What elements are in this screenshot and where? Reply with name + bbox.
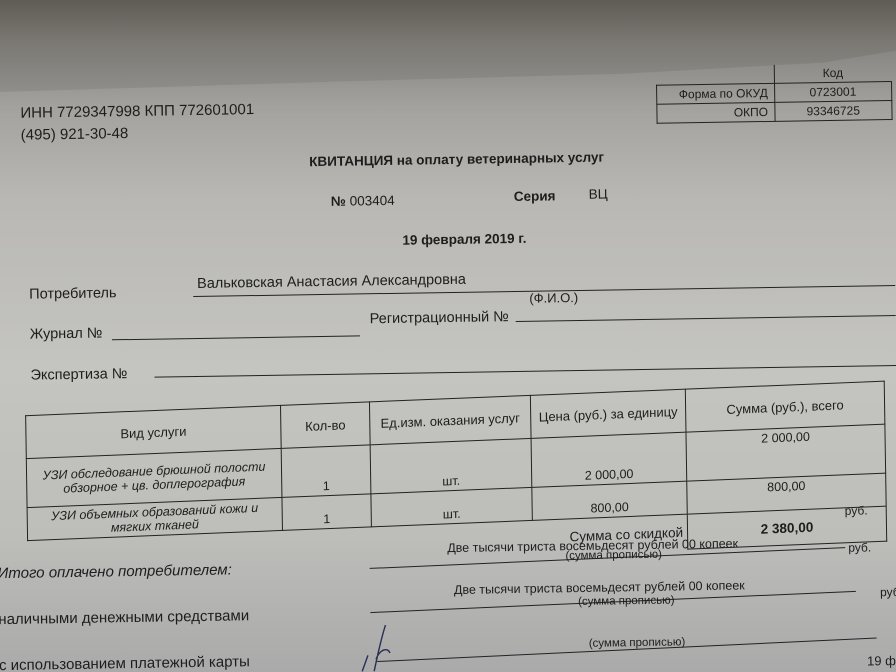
- journal-field[interactable]: [112, 335, 360, 340]
- okud-value: 0723001: [774, 82, 892, 103]
- card-label: с использованием платежной карты: [0, 653, 250, 672]
- total-paid-currency: руб.: [848, 540, 871, 554]
- service-price: 2 000,00: [531, 432, 687, 487]
- service-unit: шт.: [370, 438, 532, 493]
- col-unit: Ед.изм. оказания услуг: [369, 395, 531, 444]
- consumer-value[interactable]: Вальковская Анастасия Александровна: [197, 272, 466, 292]
- number-value: 003404: [350, 193, 395, 209]
- cash-hint: (сумма прописью): [578, 595, 675, 609]
- phone: (495) 921-30-48: [21, 125, 129, 144]
- cash-words[interactable]: Две тысячи триста восемьдесят рублей 00 …: [454, 578, 745, 597]
- codes-header: Код: [774, 63, 892, 83]
- col-qty: Кол-во: [281, 402, 371, 449]
- consumer-label: Потребитель: [29, 285, 117, 302]
- col-price: Цена (руб.) за единицу: [530, 389, 686, 438]
- total-currency: руб.: [845, 503, 868, 517]
- footer-date-fragment: 19 ф: [867, 653, 896, 668]
- cash-currency: руб.: [880, 585, 896, 599]
- reg-label: Регистрационный №: [370, 309, 509, 327]
- receipt-document: ИНН 7729347998 КПП 772601001 (495) 921-3…: [0, 0, 896, 672]
- total-paid-hint: (сумма прописью): [565, 549, 662, 563]
- consumer-hint: (Ф.И.О.): [529, 290, 578, 306]
- okud-label: Форма по ОКУД: [657, 83, 775, 104]
- card-hint: (сумма прописью): [589, 636, 686, 650]
- okpo-label: ОКПО: [657, 102, 775, 123]
- inn-kpp: ИНН 7729347998 КПП 772601001: [20, 101, 254, 122]
- service-qty: 1: [281, 445, 371, 498]
- document-title: КВИТАНЦИЯ на оплату ветеринарных услуг: [309, 150, 604, 170]
- number-label: №: [331, 194, 346, 209]
- title-rest: на оплату ветеринарных услуг: [393, 150, 604, 168]
- total-paid-label: Итого оплачено потребителем:: [0, 561, 232, 582]
- series-value: ВЦ: [589, 187, 608, 202]
- cash-label: наличными денежными средствами: [0, 607, 249, 628]
- journal-label: Журнал №: [30, 325, 103, 342]
- codes-table: Код Форма по ОКУД 0723001 ОКПО 93346725: [656, 63, 893, 124]
- receipt-number: № 003404: [331, 193, 395, 209]
- signature-icon: [359, 619, 400, 672]
- service-qty: 1: [282, 494, 371, 531]
- reg-field[interactable]: [516, 315, 896, 322]
- service-sum: 2 000,00: [686, 424, 886, 481]
- title-bold: КВИТАНЦИЯ: [309, 153, 393, 169]
- series-label: Серия: [514, 188, 556, 204]
- expertise-field[interactable]: [155, 365, 896, 378]
- okpo-value: 93346725: [774, 101, 892, 122]
- expertise-label: Экспертиза №: [30, 366, 127, 384]
- receipt-date: 19 февраля 2019 г.: [402, 231, 526, 248]
